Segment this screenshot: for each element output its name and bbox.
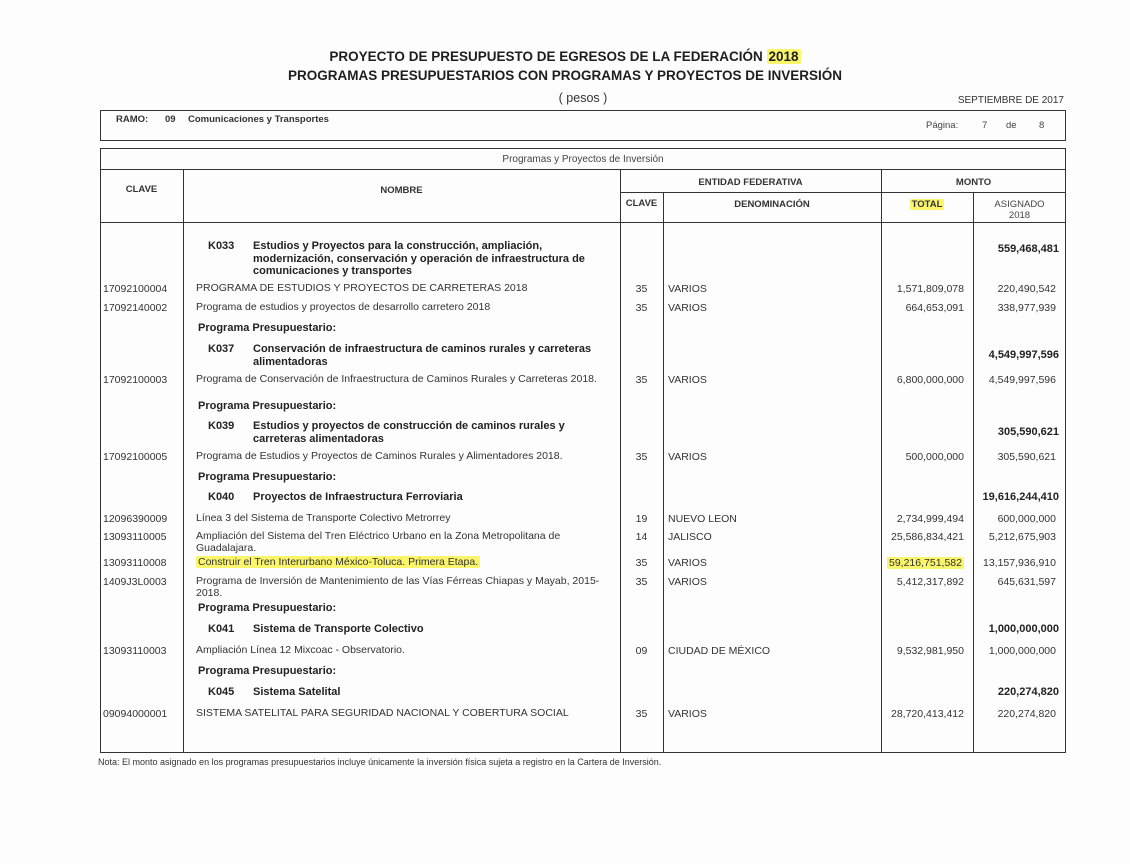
project-entidad-clave: 35 xyxy=(620,374,663,386)
program-name: Conservación de infraestructura de camin… xyxy=(253,343,598,368)
program-asignado-total: 305,590,621 xyxy=(975,426,1059,438)
project-entidad-clave: 14 xyxy=(620,531,663,543)
program-code: K045 xyxy=(208,686,234,698)
project-clave: 17092100005 xyxy=(103,451,167,463)
project-denominacion: JALISCO xyxy=(668,531,712,543)
ramo-name: Comunicaciones y Transportes xyxy=(188,114,329,125)
project-nombre: Programa de Inversión de Mantenimiento d… xyxy=(196,576,606,599)
project-denominacion: VARIOS xyxy=(668,576,707,588)
header-monto: MONTO xyxy=(881,177,1066,188)
project-entidad-clave: 19 xyxy=(620,513,663,525)
project-total: 6,800,000,000 xyxy=(883,374,964,386)
col-divider-ent-clave xyxy=(663,192,664,753)
project-asignado: 600,000,000 xyxy=(975,513,1056,525)
project-denominacion: VARIOS xyxy=(668,557,707,569)
project-entidad-clave: 35 xyxy=(620,557,663,569)
programa-presupuestario-label: Programa Presupuestario: xyxy=(198,471,336,483)
project-total: 500,000,000 xyxy=(883,451,964,463)
programa-presupuestario-label: Programa Presupuestario: xyxy=(198,665,336,677)
program-name: Estudios y proyectos de construcción de … xyxy=(253,420,598,445)
project-nombre-highlight: Construir el Tren Interurbano México-Tol… xyxy=(196,556,480,568)
project-asignado: 4,549,997,596 xyxy=(975,374,1056,386)
project-clave: 13093110008 xyxy=(103,557,166,569)
project-total: 25,586,834,421 xyxy=(883,531,964,543)
project-entidad-clave: 35 xyxy=(620,283,663,295)
programa-presupuestario-label: Programa Presupuestario: xyxy=(198,322,336,334)
footer-note: Nota: El monto asignado en los programas… xyxy=(98,757,661,767)
project-asignado: 645,631,597 xyxy=(975,576,1056,588)
header-total: TOTAL xyxy=(881,199,973,210)
project-entidad-clave: 35 xyxy=(620,302,663,314)
header-bottom-divider xyxy=(100,222,1066,223)
project-nombre: Programa de Estudios y Proyectos de Cami… xyxy=(196,451,606,463)
document-date: SEPTIEMBRE DE 2017 xyxy=(958,95,1064,106)
page-of: de xyxy=(1006,120,1017,131)
programa-presupuestario-label: Programa Presupuestario: xyxy=(198,400,336,412)
project-nombre: Línea 3 del Sistema de Transporte Colect… xyxy=(196,513,606,525)
project-denominacion: VARIOS xyxy=(668,302,707,314)
page-total: 8 xyxy=(1039,120,1044,131)
project-asignado: 220,490,542 xyxy=(975,283,1056,295)
project-clave: 13093110005 xyxy=(103,531,166,543)
project-denominacion: VARIOS xyxy=(668,374,707,386)
project-entidad-clave: 35 xyxy=(620,451,663,463)
ramo-label: RAMO: xyxy=(116,114,148,125)
program-asignado-total: 559,468,481 xyxy=(975,243,1059,255)
project-nombre: PROGRAMA DE ESTUDIOS Y PROYECTOS DE CARR… xyxy=(196,283,606,295)
project-asignado: 338,977,939 xyxy=(975,302,1056,314)
program-code: K039 xyxy=(208,420,234,432)
program-name: Sistema Satelital xyxy=(253,686,598,699)
header-nombre: NOMBRE xyxy=(183,185,620,196)
header-asignado: ASIGNADO 2018 xyxy=(973,199,1066,221)
project-entidad-clave: 35 xyxy=(620,708,663,720)
project-clave: 12096390009 xyxy=(103,513,167,525)
project-clave: 17092100003 xyxy=(103,374,167,386)
table-title-divider xyxy=(100,169,1066,170)
col-divider-total xyxy=(973,192,974,753)
project-clave: 17092140002 xyxy=(103,302,167,314)
project-clave: 17092100004 xyxy=(103,283,167,295)
document-title: PROYECTO DE PRESUPUESTO DE EGRESOS DE LA… xyxy=(0,49,1130,64)
project-clave: 09094000001 xyxy=(103,708,167,720)
project-asignado: 220,274,820 xyxy=(975,708,1056,720)
project-denominacion: NUEVO LEON xyxy=(668,513,737,525)
header-denominacion: DENOMINACIÓN xyxy=(663,199,881,210)
project-denominacion: CIUDAD DE MÉXICO xyxy=(668,645,770,657)
project-total: 664,653,091 xyxy=(883,302,964,314)
project-nombre: Ampliación del Sistema del Tren Eléctric… xyxy=(196,531,606,554)
project-asignado: 13,157,936,910 xyxy=(975,557,1056,569)
header-asignado-year: 2018 xyxy=(973,210,1066,221)
project-entidad-clave: 09 xyxy=(620,645,663,657)
program-code: K037 xyxy=(208,343,234,355)
project-total: 28,720,413,412 xyxy=(883,708,964,720)
project-nombre: Programa de Conservación de Infraestruct… xyxy=(196,374,606,386)
project-total: 1,571,809,078 xyxy=(883,283,964,295)
project-nombre: Ampliación Línea 12 Mixcoac - Observator… xyxy=(196,645,606,657)
group-header-divider xyxy=(620,192,1066,193)
project-asignado: 5,212,675,903 xyxy=(975,531,1056,543)
program-code: K040 xyxy=(208,491,234,503)
header-entidad-federativa: ENTIDAD FEDERATIVA xyxy=(620,177,881,188)
table-title: Programas y Proyectos de Inversión xyxy=(100,154,1066,165)
program-name: Sistema de Transporte Colectivo xyxy=(253,623,598,636)
project-asignado: 1,000,000,000 xyxy=(975,645,1056,657)
project-total: 5,412,317,892 xyxy=(883,576,964,588)
programa-presupuestario-label: Programa Presupuestario: xyxy=(198,602,336,614)
program-name: Proyectos de Infraestructura Ferroviaria xyxy=(253,491,598,504)
project-entidad-clave: 35 xyxy=(620,576,663,588)
program-asignado-total: 220,274,820 xyxy=(975,686,1059,698)
program-name: Estudios y Proyectos para la construcció… xyxy=(253,240,598,278)
project-asignado: 305,590,621 xyxy=(975,451,1056,463)
program-asignado-total: 19,616,244,410 xyxy=(975,491,1059,503)
page-current: 7 xyxy=(982,120,987,131)
page-label: Página: xyxy=(926,120,958,131)
project-denominacion: VARIOS xyxy=(668,708,707,720)
project-total: 9,532,981,950 xyxy=(883,645,964,657)
program-asignado-total: 4,549,997,596 xyxy=(975,349,1059,361)
project-clave: 13093110003 xyxy=(103,645,166,657)
ramo-number: 09 xyxy=(165,114,176,125)
header-total-highlight: TOTAL xyxy=(910,199,945,210)
project-total: 2,734,999,494 xyxy=(883,513,964,525)
project-total-highlight: 59,216,751,582 xyxy=(887,557,964,569)
program-asignado-total: 1,000,000,000 xyxy=(975,623,1059,635)
col-divider-denominacion xyxy=(881,169,882,753)
header-clave: CLAVE xyxy=(100,184,183,195)
document-subtitle: PROGRAMAS PRESUPUESTARIOS CON PROGRAMAS … xyxy=(0,68,1130,83)
program-code: K041 xyxy=(208,623,234,635)
header-entidad-clave: CLAVE xyxy=(620,198,663,209)
title-line-1: PROYECTO DE PRESUPUESTO DE EGRESOS DE LA… xyxy=(329,49,762,64)
col-divider-clave xyxy=(183,169,184,753)
title-year-highlight: 2018 xyxy=(767,49,801,64)
project-nombre: SISTEMA SATELITAL PARA SEGURIDAD NACIONA… xyxy=(196,708,606,720)
project-total: 59,216,751,582 xyxy=(883,557,964,569)
header-asignado-label: ASIGNADO xyxy=(973,199,1066,210)
project-denominacion: VARIOS xyxy=(668,283,707,295)
project-nombre: Construir el Tren Interurbano México-Tol… xyxy=(196,557,606,569)
project-denominacion: VARIOS xyxy=(668,451,707,463)
program-code: K033 xyxy=(208,240,234,252)
project-clave: 1409J3L0003 xyxy=(103,576,167,588)
project-nombre: Programa de estudios y proyectos de desa… xyxy=(196,302,606,314)
